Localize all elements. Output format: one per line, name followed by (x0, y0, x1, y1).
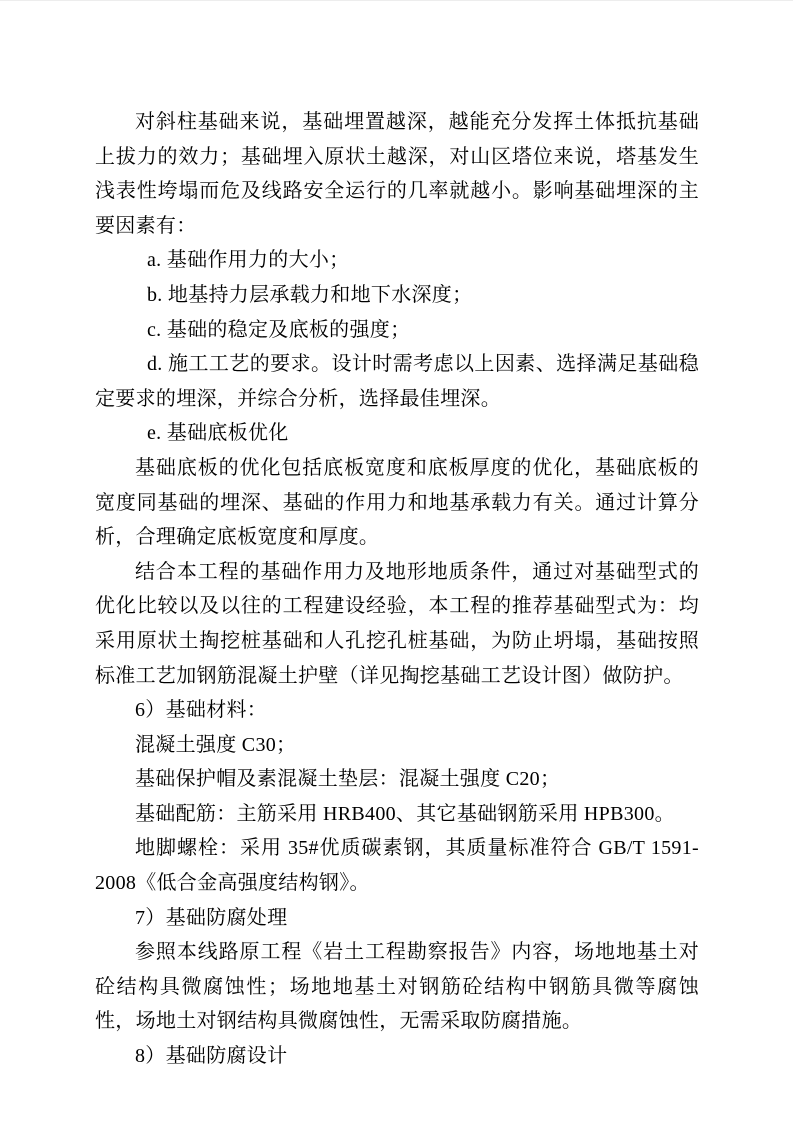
paragraph-base-plate-optimization: 基础底板的优化包括底板宽度和底板厚度的优化，基础底板的宽度同基础的埋深、基础的作… (95, 451, 699, 555)
line-foundation-rebar: 基础配筋：主筋采用 HRB400、其它基础钢筋采用 HPB300。 (95, 797, 699, 832)
list-item-a-foundation-force: a. 基础作用力的大小； (95, 243, 699, 278)
list-item-e-base-plate-optimization: e. 基础底板优化 (95, 416, 699, 451)
paragraph-foundation-embedment-depth: 对斜柱基础来说，基础埋置越深，越能充分发挥土体抵抗基础上拔力的效力；基础埋入原状… (95, 105, 699, 243)
list-item-c-stability-strength: c. 基础的稳定及底板的强度； (95, 313, 699, 348)
document-page: 对斜柱基础来说，基础埋置越深，越能充分发挥土体抵抗基础上拔力的效力；基础埋入原状… (0, 0, 793, 1122)
list-item-d-construction-process: d. 施工工艺的要求。设计时需考虑以上因素、选择满足基础稳定要求的埋深，并综合分… (95, 347, 699, 416)
heading-8-anticorrosion-design: 8）基础防腐设计 (95, 1039, 699, 1074)
paragraph-recommended-foundation-type: 结合本工程的基础作用力及地形地质条件，通过对基础型式的优化比较以及以往的工程建设… (95, 555, 699, 693)
line-protection-cap-c20: 基础保护帽及素混凝土垫层：混凝土强度 C20； (95, 762, 699, 797)
paragraph-geotechnical-survey-corrosivity: 参照本线路原工程《岩土工程勘察报告》内容，场地地基土对砼结构具微腐蚀性；场地地基… (95, 935, 699, 1039)
heading-6-foundation-materials: 6）基础材料： (95, 693, 699, 728)
list-item-b-bearing-capacity: b. 地基持力层承载力和地下水深度； (95, 278, 699, 313)
paragraph-anchor-bolts: 地脚螺栓：采用 35#优质碳素钢，其质量标准符合 GB/T 1591-2008《… (95, 831, 699, 900)
document-text-body: 对斜柱基础来说，基础埋置越深，越能充分发挥土体抵抗基础上拔力的效力；基础埋入原状… (95, 105, 699, 1074)
heading-7-anticorrosion-treatment: 7）基础防腐处理 (95, 901, 699, 936)
line-concrete-strength-c30: 混凝土强度 C30； (95, 728, 699, 763)
